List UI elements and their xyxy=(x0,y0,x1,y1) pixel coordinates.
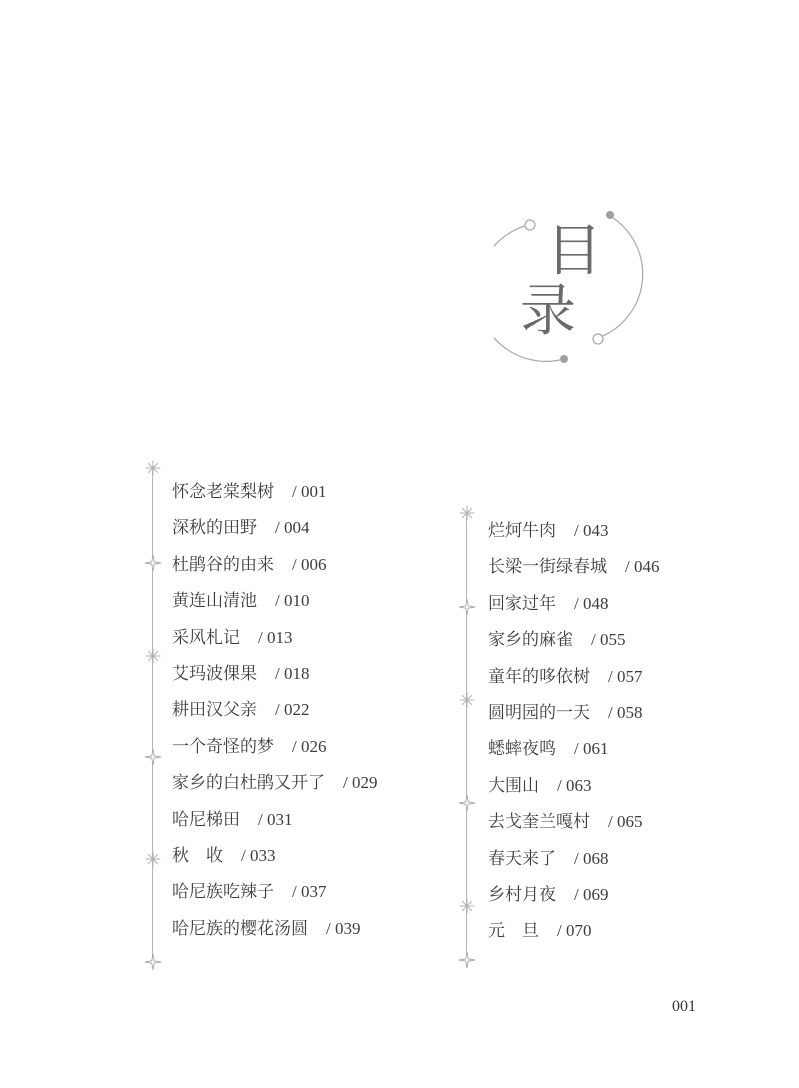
toc-entry[interactable]: 童年的哆依树/ 057 xyxy=(488,663,659,699)
toc-entry-page: / 004 xyxy=(275,514,309,542)
star-icon xyxy=(458,794,476,812)
toc-column-right: 烂炣牛肉/ 043 长梁一街绿春城/ 046 回家过年/ 048 家乡的麻雀/ … xyxy=(488,517,659,954)
toc-entry-page: / 022 xyxy=(275,696,309,724)
toc-entry-title: 大围山 xyxy=(488,772,539,800)
toc-entry-page: / 070 xyxy=(557,917,591,945)
toc-entry[interactable]: 哈尼族吃辣子/ 037 xyxy=(172,878,377,914)
toc-entry-page: / 048 xyxy=(574,590,608,618)
toc-entry-title: 秋 收 xyxy=(172,842,223,870)
sparkle-icon xyxy=(458,691,476,709)
toc-entry[interactable]: 圆明园的一天/ 058 xyxy=(488,699,659,735)
toc-entry-title: 黄连山清池 xyxy=(172,587,257,615)
toc-entry-page: / 043 xyxy=(574,517,608,545)
toc-entry-title: 家乡的麻雀 xyxy=(488,626,573,654)
toc-entry[interactable]: 家乡的白杜鹃又开了/ 029 xyxy=(172,769,377,805)
toc-entry-title: 回家过年 xyxy=(488,590,556,618)
toc-entry-page: / 055 xyxy=(591,626,625,654)
toc-entry[interactable]: 一个奇怪的梦/ 026 xyxy=(172,733,377,769)
title-char-lu: 录 xyxy=(520,284,576,340)
toc-entry-page: / 037 xyxy=(292,878,326,906)
star-icon xyxy=(144,554,162,572)
toc-entry-title: 去戈奎兰嘎村 xyxy=(488,808,590,836)
toc-entry-title: 元 旦 xyxy=(488,917,539,945)
toc-entry-title: 耕田汉父亲 xyxy=(172,696,257,724)
toc-entry-page: / 026 xyxy=(292,733,326,761)
toc-entry-title: 哈尼梯田 xyxy=(172,806,240,834)
toc-entry[interactable]: 长梁一街绿春城/ 046 xyxy=(488,553,659,589)
toc-entry-page: / 058 xyxy=(608,699,642,727)
sparkle-icon xyxy=(458,897,476,915)
toc-entry-title: 家乡的白杜鹃又开了 xyxy=(172,769,325,797)
toc-entry[interactable]: 秋 收/ 033 xyxy=(172,842,377,878)
toc-entry[interactable]: 回家过年/ 048 xyxy=(488,590,659,626)
toc-entry[interactable]: 深秋的田野/ 004 xyxy=(172,514,377,550)
toc-entry-page: / 006 xyxy=(292,551,326,579)
toc-entry-page: / 013 xyxy=(258,624,292,652)
toc-entry-title: 春天来了 xyxy=(488,845,556,873)
sparkle-icon xyxy=(458,504,476,522)
toc-entry[interactable]: 哈尼梯田/ 031 xyxy=(172,806,377,842)
toc-entry[interactable]: 艾玛波倮果/ 018 xyxy=(172,660,377,696)
left-rail-line xyxy=(152,466,153,964)
toc-entry-page: / 001 xyxy=(292,478,326,506)
toc-entry[interactable]: 怀念老棠梨树/ 001 xyxy=(172,478,377,514)
toc-entry[interactable]: 去戈奎兰嘎村/ 065 xyxy=(488,808,659,844)
star-icon xyxy=(458,598,476,616)
sparkle-icon xyxy=(144,850,162,868)
toc-entry[interactable]: 采风札记/ 013 xyxy=(172,624,377,660)
toc-entry-title: 艾玛波倮果 xyxy=(172,660,257,688)
toc-entry-page: / 068 xyxy=(574,845,608,873)
star-icon xyxy=(144,953,162,971)
page-number: 001 xyxy=(672,998,696,1016)
toc-entry-title: 杜鹃谷的由来 xyxy=(172,551,274,579)
toc-entry-page: / 057 xyxy=(608,663,642,691)
toc-entry-title: 怀念老棠梨树 xyxy=(172,478,274,506)
toc-entry-page: / 010 xyxy=(275,587,309,615)
toc-entry[interactable]: 杜鹃谷的由来/ 006 xyxy=(172,551,377,587)
toc-entry[interactable]: 元 旦/ 070 xyxy=(488,917,659,953)
toc-entry-page: / 039 xyxy=(326,915,360,943)
toc-entry-page: / 063 xyxy=(557,772,591,800)
toc-column-left: 怀念老棠梨树/ 001 深秋的田野/ 004 杜鹃谷的由来/ 006 黄连山清池… xyxy=(172,478,377,951)
toc-entry[interactable]: 大围山/ 063 xyxy=(488,772,659,808)
toc-entry-page: / 033 xyxy=(241,842,275,870)
toc-entry-title: 圆明园的一天 xyxy=(488,699,590,727)
toc-entry-page: / 069 xyxy=(574,881,608,909)
toc-entry-title: 深秋的田野 xyxy=(172,514,257,542)
toc-entry-title: 烂炣牛肉 xyxy=(488,517,556,545)
toc-entry-title: 童年的哆依树 xyxy=(488,663,590,691)
toc-entry[interactable]: 烂炣牛肉/ 043 xyxy=(488,517,659,553)
toc-entry[interactable]: 耕田汉父亲/ 022 xyxy=(172,696,377,732)
title-char-mu: 目 xyxy=(546,224,602,280)
toc-entry-title: 一个奇怪的梦 xyxy=(172,733,274,761)
toc-entry-title: 采风札记 xyxy=(172,624,240,652)
star-icon xyxy=(458,951,476,969)
toc-entry-page: / 061 xyxy=(574,735,608,763)
toc-entry[interactable]: 春天来了/ 068 xyxy=(488,845,659,881)
right-rail-line xyxy=(466,513,467,962)
toc-entry-title: 乡村月夜 xyxy=(488,881,556,909)
toc-entry[interactable]: 哈尼族的樱花汤圆/ 039 xyxy=(172,915,377,951)
toc-entry-page: / 031 xyxy=(258,806,292,834)
toc-entry[interactable]: 黄连山清池/ 010 xyxy=(172,587,377,623)
toc-entry[interactable]: 蟋蟀夜鸣/ 061 xyxy=(488,735,659,771)
star-icon xyxy=(144,748,162,766)
sparkle-icon xyxy=(144,647,162,665)
toc-entry-title: 长梁一街绿春城 xyxy=(488,553,607,581)
sparkle-icon xyxy=(144,459,162,477)
toc-title-block: 目 录 xyxy=(494,208,644,368)
toc-entry[interactable]: 乡村月夜/ 069 xyxy=(488,881,659,917)
toc-entry-page: / 018 xyxy=(275,660,309,688)
toc-entry-title: 哈尼族的樱花汤圆 xyxy=(172,915,308,943)
toc-entry-page: / 065 xyxy=(608,808,642,836)
toc-entry-page: / 029 xyxy=(343,769,377,797)
toc-entry-title: 哈尼族吃辣子 xyxy=(172,878,274,906)
toc-entry-page: / 046 xyxy=(625,553,659,581)
toc-entry[interactable]: 家乡的麻雀/ 055 xyxy=(488,626,659,662)
toc-entry-title: 蟋蟀夜鸣 xyxy=(488,735,556,763)
